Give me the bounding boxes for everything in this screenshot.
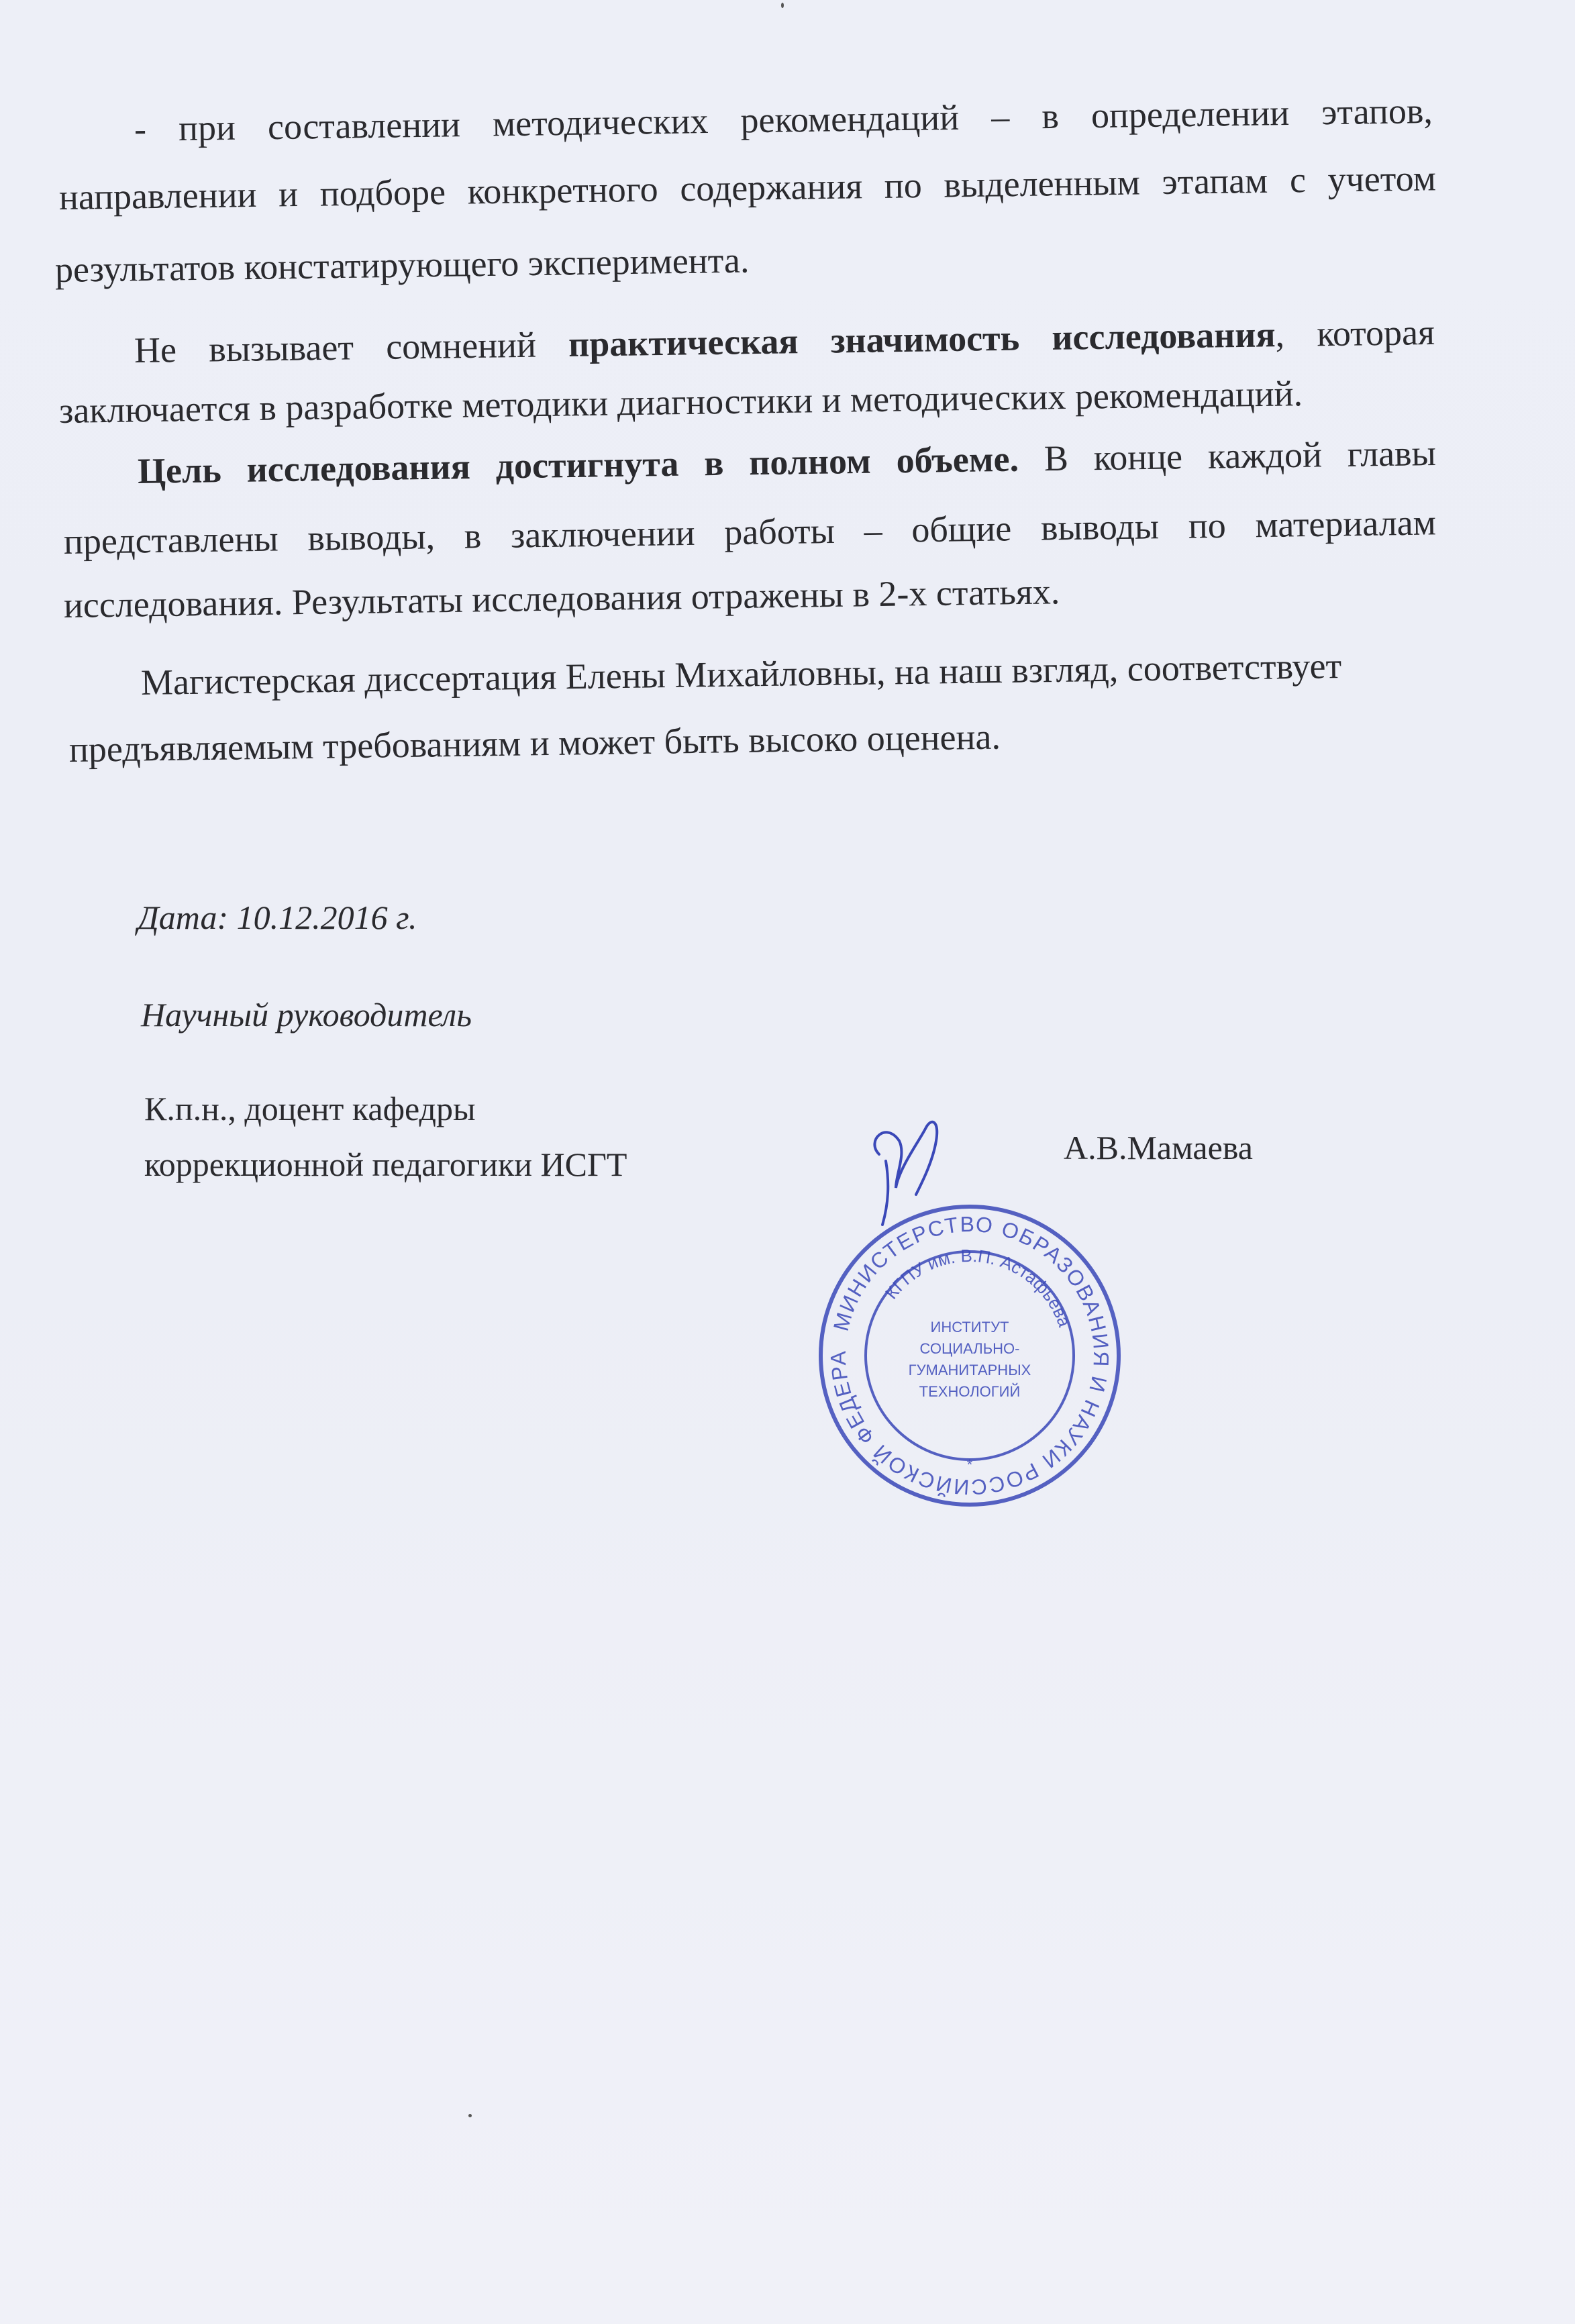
paragraph-2-suffix: , которая: [1275, 312, 1435, 354]
practical-significance-emphasis: практическая значимость исследования: [568, 314, 1276, 364]
stamp-center-line-1: ИНСТИТУТ: [931, 1319, 1009, 1335]
supervisor-title-line-2: коррекционной педагогики ИСГТ: [144, 1143, 627, 1186]
stamp-center-line-4: ТЕХНОЛОГИЙ: [919, 1383, 1021, 1400]
paragraph-2-line-1: Не вызывает сомнений практическая значим…: [134, 311, 1435, 372]
supervisor-role: Научный руководитель: [141, 993, 472, 1036]
paragraph-3-line-2: представлены выводы, в заключении работы…: [64, 501, 1437, 563]
paragraph-3-line-3: исследования. Результаты исследования от…: [64, 570, 1060, 627]
scan-speck: [468, 2114, 472, 2117]
scan-speck: [781, 3, 784, 8]
supervisor-name: А.В.Мамаева: [1064, 1126, 1253, 1169]
paragraph-4-line-2: предъявляемым требованиям и может быть в…: [69, 715, 1001, 771]
paragraph-1-line-2: направлении и подборе конкретного содерж…: [59, 156, 1437, 219]
review-date: Дата: 10.12.2016 г.: [138, 896, 417, 939]
paragraph-3-suffix: В конце каждой главы: [1019, 433, 1437, 479]
stamp-star-icon: *: [967, 1456, 973, 1473]
paragraph-3-line-1: Цель исследования достигнута в полном об…: [138, 432, 1437, 493]
goal-achieved-emphasis: Цель исследования достигнута в полном об…: [138, 439, 1019, 491]
paragraph-4-line-1: Магистерская диссертация Елены Михайловн…: [141, 644, 1342, 704]
supervisor-title-line-1: К.п.н., доцент кафедры: [144, 1087, 476, 1130]
paragraph-1-line-3: результатов констатирующего эксперимента…: [55, 239, 750, 291]
institution-stamp: МИНИСТЕРСТВО ОБРАЗОВАНИЯ И НАУКИ РОССИЙС…: [812, 1198, 1127, 1513]
paragraph-1-line-1: - при составлении методических рекоменда…: [134, 89, 1433, 150]
paragraph-2-line-2: заключается в разработке методики диагно…: [59, 372, 1303, 432]
paragraph-2-prefix: Не вызывает сомнений: [134, 324, 569, 370]
stamp-center-line-3: ГУМАНИТАРНЫХ: [909, 1362, 1031, 1378]
stamp-center-line-2: СОЦИАЛЬНО-: [920, 1340, 1020, 1357]
document-page: - при составлении методических рекоменда…: [0, 0, 1575, 2324]
